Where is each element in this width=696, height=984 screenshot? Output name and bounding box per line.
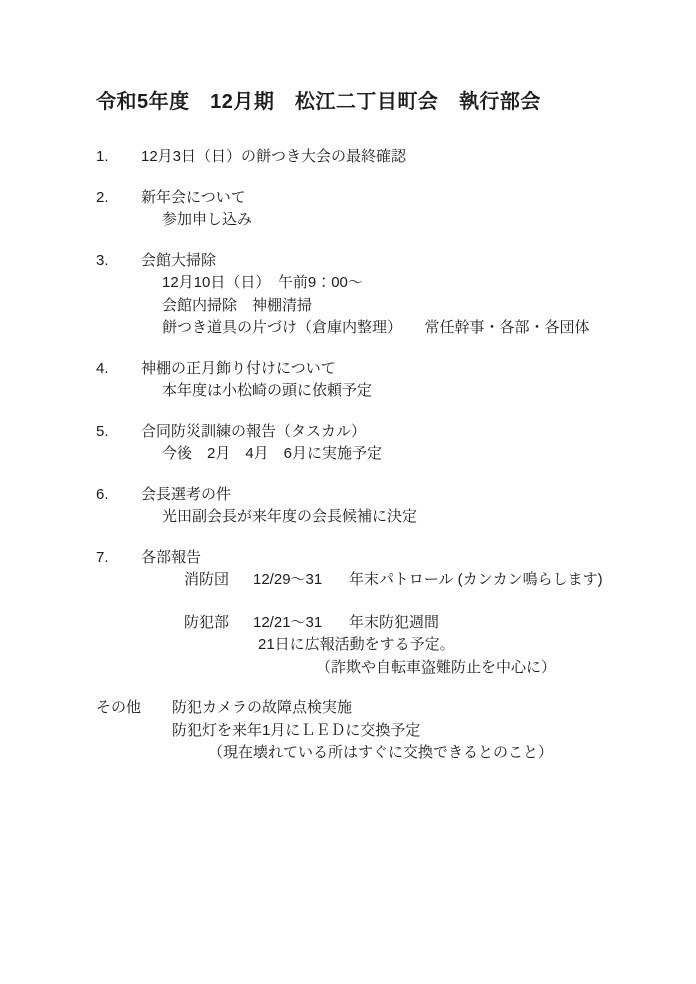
agenda-item-1: 1. 12月3日（日）の餅つき大会の最終確認 xyxy=(96,146,662,169)
agenda-item-3: 3. 会館大掃除 12月10日（日） 午前9：00～ 会館内掃除 神棚清掃 餅つ… xyxy=(96,250,662,340)
document-title: 令和5年度 12月期 松江二丁目町会 執行部会 xyxy=(96,88,662,116)
agenda-item-head: 5. 合同防災訓練の報告（タスカル） xyxy=(96,421,662,444)
item-heading: 合同防災訓練の報告（タスカル） xyxy=(141,421,366,444)
detail-line: 今後 2月 4月 6月に実施予定 xyxy=(162,443,662,466)
report-note: （詐欺や自転車盗難防止を中心に） xyxy=(316,657,662,680)
item-heading: 会長選考の件 xyxy=(141,484,231,507)
item-heading: 12月3日（日）の餅つき大会の最終確認 xyxy=(141,146,406,169)
item-details: 光田副会長が来年度の会長候補に決定 xyxy=(162,506,662,529)
detail-line: 餅つき道具の片づけ（倉庫内整理） 常任幹事・各部・各団体 xyxy=(162,317,662,340)
agenda-item-2: 2. 新年会について 参加申し込み xyxy=(96,187,662,232)
report-row: 防犯部 12/21～31 年末防犯週間 xyxy=(184,612,662,635)
department-reports: 消防団 12/29～31 年末パトロール (カンカン鳴らします) 防犯部 12/… xyxy=(184,569,662,679)
item-details: 参加申し込み xyxy=(162,209,662,232)
detail-line: 会館内掃除 神棚清掃 xyxy=(162,295,662,318)
other-label: その他 xyxy=(96,697,172,765)
item-heading: 会館大掃除 xyxy=(141,250,216,273)
item-details: 今後 2月 4月 6月に実施予定 xyxy=(162,443,662,466)
item-heading: 神棚の正月飾り付けについて xyxy=(141,358,336,381)
detail-line: 参加申し込み xyxy=(162,209,662,232)
report-description: 年末防犯週間 xyxy=(349,612,439,635)
other-line: 防犯カメラの故障点検実施 xyxy=(172,697,553,720)
agenda-item-6: 6. 会長選考の件 光田副会長が来年度の会長候補に決定 xyxy=(96,484,662,529)
report-followup: 21日に広報活動をする予定。 xyxy=(258,634,662,657)
report-description: 年末パトロール (カンカン鳴らします) xyxy=(349,569,603,592)
report-department: 消防団 xyxy=(184,569,253,592)
item-number: 7. xyxy=(96,547,141,570)
report-department: 防犯部 xyxy=(184,612,253,635)
detail-line: 12月10日（日） 午前9：00～ xyxy=(162,272,662,295)
item-number: 6. xyxy=(96,484,141,507)
item-number: 5. xyxy=(96,421,141,444)
item-heading: 各部報告 xyxy=(141,547,201,570)
agenda-item-5: 5. 合同防災訓練の報告（タスカル） 今後 2月 4月 6月に実施予定 xyxy=(96,421,662,466)
item-number: 2. xyxy=(96,187,141,210)
agenda-item-head: 7. 各部報告 xyxy=(96,547,662,570)
item-details: 本年度は小松崎の頭に依頼予定 xyxy=(162,380,662,403)
agenda-item-7: 7. 各部報告 消防団 12/29～31 年末パトロール (カンカン鳴らします)… xyxy=(96,547,662,680)
agenda-item-head: 6. 会長選考の件 xyxy=(96,484,662,507)
item-number: 3. xyxy=(96,250,141,273)
agenda-item-head: 3. 会館大掃除 xyxy=(96,250,662,273)
report-row: 消防団 12/29～31 年末パトロール (カンカン鳴らします) xyxy=(184,569,662,592)
item-heading: 新年会について xyxy=(141,187,246,210)
other-note: （現在壊れている所はすぐに交換できるとのこと） xyxy=(208,742,553,765)
detail-line: 本年度は小松崎の頭に依頼予定 xyxy=(162,380,662,403)
item-number: 4. xyxy=(96,358,141,381)
report-crime-prevention: 防犯部 12/21～31 年末防犯週間 21日に広報活動をする予定。 （詐欺や自… xyxy=(184,612,662,680)
other-lines: 防犯カメラの故障点検実施 防犯灯を来年1月にＬＥＤに交換予定 （現在壊れている所… xyxy=(172,697,553,765)
item-details: 12月10日（日） 午前9：00～ 会館内掃除 神棚清掃 餅つき道具の片づけ（倉… xyxy=(162,272,662,340)
document-content: 令和5年度 12月期 松江二丁目町会 執行部会 1. 12月3日（日）の餅つき大… xyxy=(96,88,662,765)
other-line: 防犯灯を来年1月にＬＥＤに交換予定 xyxy=(172,720,553,743)
document-page: 令和5年度 12月期 松江二丁目町会 執行部会 1. 12月3日（日）の餅つき大… xyxy=(0,0,696,984)
agenda-item-head: 4. 神棚の正月飾り付けについて xyxy=(96,358,662,381)
item-number: 1. xyxy=(96,146,141,169)
report-period: 12/21～31 xyxy=(253,612,349,635)
other-section: その他 防犯カメラの故障点検実施 防犯灯を来年1月にＬＥＤに交換予定 （現在壊れ… xyxy=(96,697,662,765)
agenda-item-head: 2. 新年会について xyxy=(96,187,662,210)
agenda-item-head: 1. 12月3日（日）の餅つき大会の最終確認 xyxy=(96,146,662,169)
agenda-item-4: 4. 神棚の正月飾り付けについて 本年度は小松崎の頭に依頼予定 xyxy=(96,358,662,403)
report-fire-brigade: 消防団 12/29～31 年末パトロール (カンカン鳴らします) xyxy=(184,569,662,592)
detail-line: 光田副会長が来年度の会長候補に決定 xyxy=(162,506,662,529)
report-period: 12/29～31 xyxy=(253,569,349,592)
